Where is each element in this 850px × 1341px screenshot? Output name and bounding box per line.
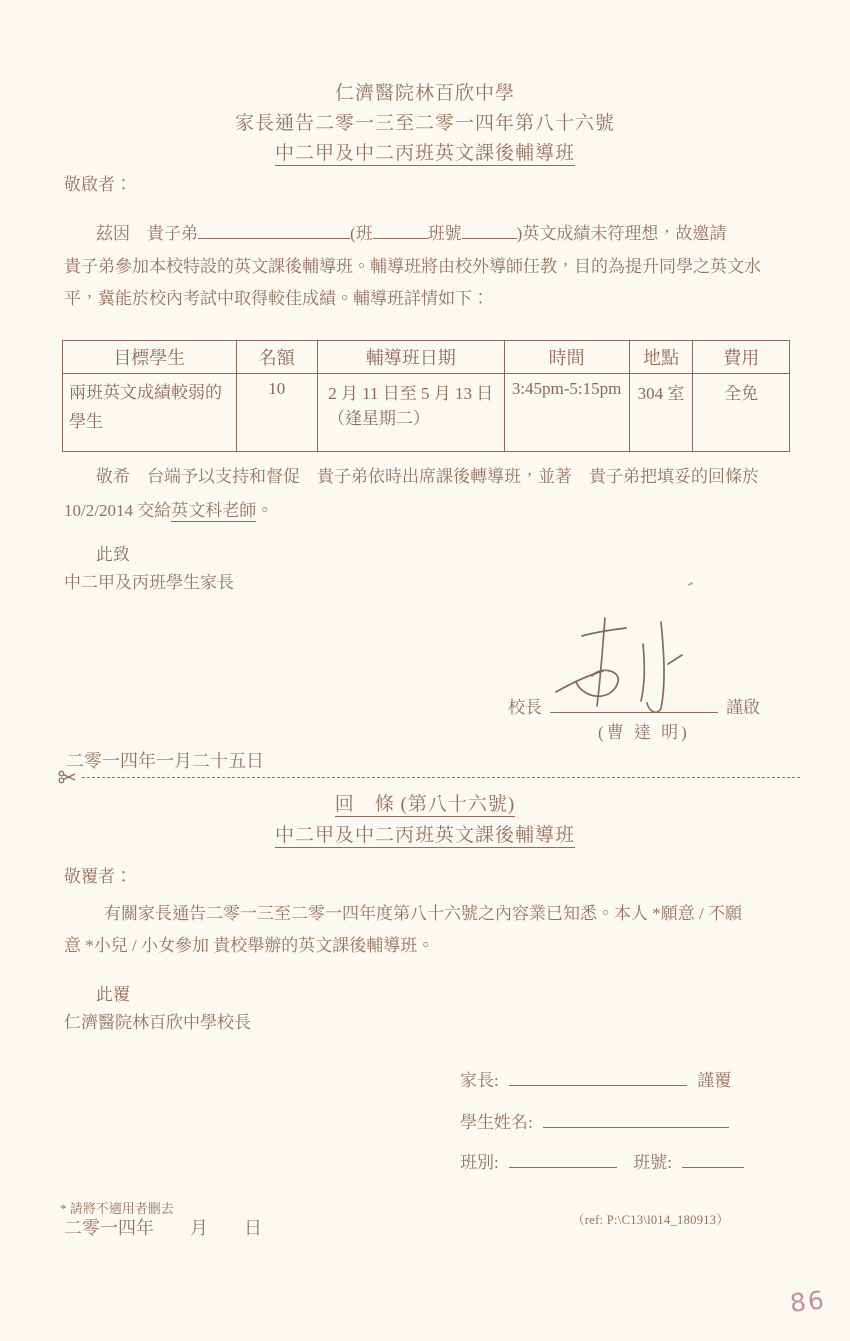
col-header-date: 輔導班日期 [317, 341, 504, 374]
student-name-field: 學生姓名: [460, 1108, 729, 1133]
reply-date-blank: 二零一四年 月 日 [64, 1214, 262, 1240]
reply-addressee: 仁濟醫院林百欣中學校長 [64, 1008, 251, 1033]
para1-text-d: )英文成績未符理想，故邀請 [517, 224, 727, 243]
class-no-field-blank [682, 1149, 744, 1168]
english-teacher-underlined: 英文科老師 [171, 501, 256, 522]
student-name-label: 學生姓名: [460, 1113, 533, 1132]
para1-text-c: 班號 [428, 224, 462, 243]
para1-line1: 茲因 貴子弟(班班號)英文成績未符理想，故邀請 [96, 219, 726, 244]
parent-respectfully-label: 謹覆 [697, 1071, 731, 1090]
cell-date-line1: 2 月 11 日至 5 月 13 日 [324, 379, 498, 404]
class-no-blank [462, 220, 517, 239]
class-field-label: 班別: [460, 1153, 499, 1172]
dashed-tear-line [82, 777, 800, 778]
reply-closing: 此覆 [96, 980, 130, 1005]
para1-text-b: (班 [350, 224, 373, 243]
parent-signature-blank [509, 1067, 687, 1086]
table-header-row: 目標學生 名額 輔導班日期 時間 地點 費用 [63, 341, 790, 374]
parent-signature-field: 家長: 謹覆 [460, 1066, 731, 1091]
scissors-icon [58, 770, 78, 784]
col-header-time: 時間 [504, 341, 629, 374]
parent-label: 家長: [460, 1071, 499, 1090]
cell-date: 2 月 11 日至 5 月 13 日 （逢星期二） [317, 374, 504, 452]
class-no-field-label: 班號: [633, 1153, 672, 1172]
notice-number-line: 家長通告二零一三至二零一四年第八十六號 [0, 108, 850, 135]
scan-speck [688, 582, 693, 586]
principal-name: (曹 達 明) [598, 718, 690, 743]
student-name-field-blank [543, 1109, 729, 1128]
salutation: 敬啟者： [64, 170, 132, 195]
para1-line2: 貴子弟參加本校特設的英文課後輔導班。輔導班將由校外導師任教，目的為提升同學之英文… [64, 252, 761, 277]
school-name: 仁濟醫院林百欣中學 [0, 78, 850, 105]
para1-text-a: 茲因 貴子弟 [96, 224, 198, 243]
signature-line [550, 694, 718, 713]
para1-line3: 平，冀能於校內考試中取得較佳成績。輔導班詳情如下： [64, 284, 489, 309]
para2-line1: 敬希 台端予以支持和督促 貴子弟依時出席課後轉導班，並著 貴子弟把填妥的回條於 [96, 462, 759, 487]
letter-closing: 此致 [96, 540, 130, 565]
principal-label: 校長 [508, 693, 542, 718]
reply-slip-subtitle: 中二甲及中二丙班英文課後輔導班 [0, 820, 850, 847]
notice-subject-text: 中二甲及中二丙班英文課後輔導班 [275, 143, 575, 166]
reply-salutation: 敬覆者： [64, 862, 132, 887]
signature-row: 校長 謹啟 [508, 693, 760, 718]
letter-addressee: 中二甲及丙班學生家長 [64, 568, 234, 593]
scanned-notice-page: 仁濟醫院林百欣中學 家長通告二零一三至二零一四年第八十六號 中二甲及中二丙班英文… [0, 0, 850, 1341]
reply-slip-title-text: 回 條 (第八十六號) [335, 794, 515, 817]
respectfully-label: 謹啟 [726, 693, 760, 718]
file-reference: （ref: P:\C13\l014_180913） [572, 1210, 729, 1228]
cut-here-line [58, 770, 800, 784]
handwritten-page-number: 86 [789, 1285, 828, 1318]
reply-body-line1: 有關家長通告二零一三至二零一四年度第八十六號之內容業已知悉。本人 *願意 / 不… [104, 899, 742, 924]
table-row: 兩班英文成績較弱的學生 10 2 月 11 日至 5 月 13 日 （逢星期二）… [63, 374, 790, 452]
notice-subject: 中二甲及中二丙班英文課後輔導班 [0, 138, 850, 165]
cell-venue: 304 室 [629, 374, 693, 452]
student-name-blank [198, 220, 350, 239]
tutorial-class-table: 目標學生 名額 輔導班日期 時間 地點 費用 兩班英文成績較弱的學生 10 2 … [62, 340, 790, 452]
col-header-fee: 費用 [693, 341, 790, 374]
reply-slip-title: 回 條 (第八十六號) [0, 789, 850, 816]
para2-line2: 10/2/2014 交給英文科老師。 [64, 496, 273, 521]
col-header-quota: 名額 [236, 341, 317, 374]
col-header-venue: 地點 [629, 341, 693, 374]
class-blank [373, 220, 428, 239]
cell-fee: 全免 [693, 374, 790, 452]
col-header-target: 目標學生 [63, 341, 237, 374]
class-field-blank [509, 1149, 617, 1168]
para2-period: 。 [256, 501, 273, 520]
cell-date-line2: （逢星期二） [324, 404, 498, 429]
cell-quota: 10 [236, 374, 317, 452]
para2-date-text: 10/2/2014 交給 [64, 501, 171, 520]
reply-body-line2: 意 *小兒 / 小女參加 貴校舉辦的英文課後輔導班。 [64, 931, 434, 956]
cell-time: 3:45pm-5:15pm [504, 374, 629, 452]
class-fields: 班別: 班號: [460, 1148, 744, 1173]
cell-target-students: 兩班英文成績較弱的學生 [63, 374, 237, 452]
reply-slip-subtitle-text: 中二甲及中二丙班英文課後輔導班 [275, 825, 575, 848]
